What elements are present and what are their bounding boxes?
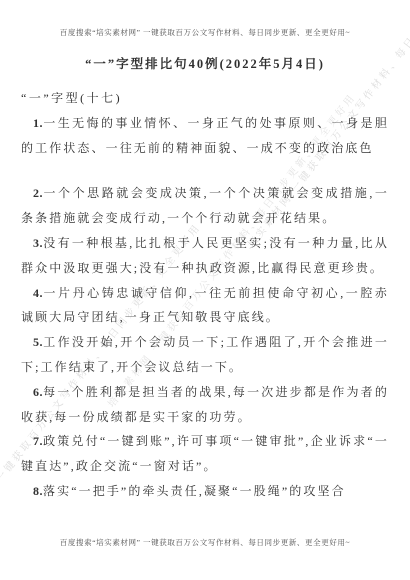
item-text: 工作没开始,开个会动员一下;工作遇阻了,开个会推进一下;工作结束了,开个会议总结… [21,335,389,374]
page-title: “一”字型排比句40例(2022年5月4日) [0,54,410,72]
list-item: 3.没有一种根基,比扎根于人民更坚实;没有一种力量,比从群众中汲取更强大;没有一… [21,231,389,281]
list-item: 6.每一个胜利都是担当者的战果,每一次进步都是作为者的收获,每一份成绩都是实干家… [21,380,389,430]
item-text: 没有一种根基,比扎根于人民更坚实;没有一种力量,比从群众中汲取更强大;没有一种执… [21,236,389,275]
list-item: 7.政策兑付“一键到账”,许可事项“一键审批”,企业诉求“一键直达”,政企交流“… [21,429,389,479]
item-number: 1. [33,116,43,130]
item-number: 6. [33,385,43,399]
list-item: 4.一片丹心铸忠诚守信仰,一往无前担使命守初心,一腔赤诚顾大局守团结,一身正气知… [21,281,389,331]
list-item: 8.落实“一把手”的牵头责任,凝聚“一股绳”的攻坚合 [21,479,389,504]
item-text: 一生无悔的事业情怀、一身正气的处事原则、一身是胆的工作状态、一往无前的精神面貌、… [21,116,389,155]
list-item: 2.一个个思路就会变成决策,一个个决策就会变成措施,一条条措施就会变成行动,一个… [21,181,389,231]
item-number: 7. [33,434,43,448]
document-page: 培实素材网 一键获取百万公文写作材料、每日同步更新、更全更好用 培实素材网 一键… [0,0,410,580]
item-text: 每一个胜利都是担当者的战果,每一次进步都是作为者的收获,每一份成绩都是实干家的功… [21,385,389,424]
item-text: 一个个思路就会变成决策,一个个决策就会变成措施,一条条措施就会变成行动,一个个行… [21,186,389,225]
item-number: 2. [33,186,43,200]
item-number: 5. [33,335,43,349]
list-item: 5.工作没开始,开个会动员一下;工作遇阻了,开个会推进一下;工作结束了,开个会议… [21,330,389,380]
document-body: “一”字型(十七) 1.一生无悔的事业情怀、一身正气的处事原则、一身是胆的工作状… [21,86,389,504]
item-text: 政策兑付“一键到账”,许可事项“一键审批”,企业诉求“一键直达”,政企交流“一窗… [21,434,389,473]
item-text: 落实“一把手”的牵头责任,凝聚“一股绳”的攻坚合 [43,484,346,498]
list-item: 1.一生无悔的事业情怀、一身正气的处事原则、一身是胆的工作状态、一往无前的精神面… [21,111,389,161]
header-note: 百度搜索“培实素材网” 一键获取百万公文写作材料、每日同步更新、更全更好用~ [0,27,410,38]
item-number: 8. [33,484,43,498]
item-number: 4. [33,286,43,300]
item-number: 3. [33,236,43,250]
footer-note: 百度搜索“培实素材网” 一键获取百万公文写作材料、每日同步更新、更全更好用~ [0,537,410,548]
item-text: 一片丹心铸忠诚守信仰,一往无前担使命守初心,一腔赤诚顾大局守团结,一身正气知敬畏… [21,286,389,325]
section-heading: “一”字型(十七) [21,86,389,111]
